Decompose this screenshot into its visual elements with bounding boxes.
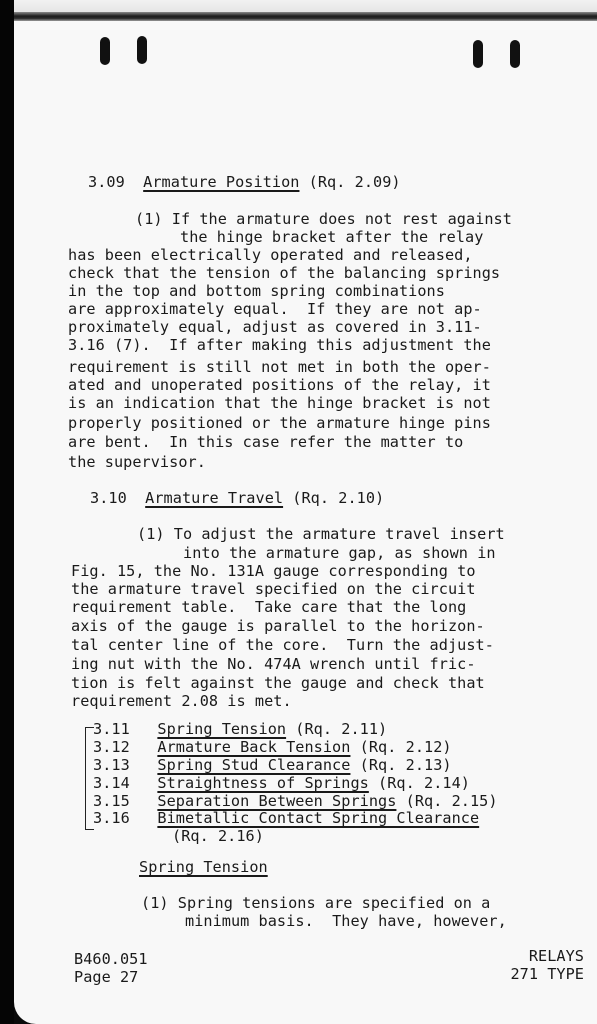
paragraph-line: 3.16 (7). If after making this adjustmen… xyxy=(68,336,491,354)
section-heading-3-10: 3.10 Armature Travel (Rq. 2.10) xyxy=(90,489,384,507)
section-title: Spring Tension xyxy=(157,720,286,738)
section-ref: (Rq. 2.12) xyxy=(360,738,452,756)
grouped-section-row: 3.12 Armature Back Tension (Rq. 2.12) xyxy=(93,738,452,756)
section-title: Armature Travel xyxy=(145,489,283,507)
section-ref: (Rq. 2.13) xyxy=(360,756,452,774)
paragraph-line: ated and unoperated positions of the rel… xyxy=(68,376,491,394)
section-title: Armature Back Tension xyxy=(157,738,350,756)
section-ref: (Rq. 2.14) xyxy=(378,774,470,792)
paragraph-line: tal center line of the core. Turn the ad… xyxy=(71,636,494,654)
section-ref: (Rq. 2.15) xyxy=(406,792,498,810)
doc-category: RELAYS xyxy=(529,947,584,965)
section-number: 3.14 xyxy=(93,774,130,792)
section-number: 3.13 xyxy=(93,756,130,774)
section-title: Bimetallic Contact Spring Clearance xyxy=(157,809,479,827)
binder-left-edge xyxy=(0,0,14,1024)
grouped-section-row: 3.16 Bimetallic Contact Spring Clearance xyxy=(93,809,479,827)
section-number: 3.11 xyxy=(93,720,130,738)
page-number: Page 27 xyxy=(74,968,138,986)
paragraph-line: proximately equal, adjust as covered in … xyxy=(68,318,482,336)
paragraph-line: (1) Spring tensions are specified on a xyxy=(141,894,490,912)
paragraph-line: axis of the gauge is parallel to the hor… xyxy=(71,617,485,635)
subsection-heading: Spring Tension xyxy=(139,858,268,876)
doc-number: B460.051 xyxy=(74,950,148,968)
grouped-section-row: 3.15 Separation Between Springs (Rq. 2.1… xyxy=(93,792,498,810)
paragraph-line: (1) To adjust the armature travel insert xyxy=(137,525,505,543)
paragraph-line: Fig. 15, the No. 131A gauge correspondin… xyxy=(71,562,476,580)
section-number: 3.15 xyxy=(93,792,130,810)
paragraph-line: (1) If the armature does not rest agains… xyxy=(135,210,512,228)
binding-hole-icon xyxy=(473,40,483,68)
paragraph-line: ing nut with the No. 474A wrench until f… xyxy=(71,655,476,673)
section-title: Separation Between Springs xyxy=(157,792,396,810)
section-ref: (Rq. 2.11) xyxy=(295,720,387,738)
paragraph-line: the armature travel specified on the cir… xyxy=(71,580,476,598)
paragraph-line: are approximately equal. If they are not… xyxy=(68,300,482,318)
grouped-section-row: 3.13 Spring Stud Clearance (Rq. 2.13) xyxy=(93,756,452,774)
paragraph-line: is an indication that the hinge bracket … xyxy=(68,394,491,412)
paragraph-line: properly positioned or the armature hing… xyxy=(68,414,491,432)
binder-top-edge xyxy=(0,12,597,21)
paragraph-line: into the armature gap, as shown in xyxy=(183,544,496,562)
paragraph-line: requirement is still not met in both the… xyxy=(68,358,491,376)
binding-hole-icon xyxy=(100,37,110,65)
section-title: Straightness of Springs xyxy=(157,774,368,792)
paragraph-line: in the top and bottom spring combination… xyxy=(68,282,445,300)
section-heading-3-09: 3.09 Armature Position (Rq. 2.09) xyxy=(88,173,401,191)
paragraph-line: requirement table. Take care that the lo… xyxy=(71,598,466,616)
section-number: 3.16 xyxy=(93,809,130,827)
grouped-section-row: 3.11 Spring Tension (Rq. 2.11) xyxy=(93,720,387,738)
document-page xyxy=(14,21,597,1024)
paragraph-line: has been electrically operated and relea… xyxy=(68,246,473,264)
grouped-section-row: 3.14 Straightness of Springs (Rq. 2.14) xyxy=(93,774,470,792)
binding-hole-icon xyxy=(137,36,147,64)
paragraph-line: minimum basis. They have, however, xyxy=(185,912,507,930)
section-number: 3.09 xyxy=(88,173,125,191)
section-ref: (Rq. 2.10) xyxy=(292,489,384,507)
section-number: 3.12 xyxy=(93,738,130,756)
doc-type: 271 TYPE xyxy=(510,965,584,983)
paragraph-line: the hinge bracket after the relay xyxy=(180,228,483,246)
paragraph-line: tion is felt against the gauge and check… xyxy=(71,674,485,692)
paragraph-line: check that the tension of the balancing … xyxy=(68,264,500,282)
section-ref: (Rq. 2.09) xyxy=(309,173,401,191)
section-title: Armature Position xyxy=(143,173,299,191)
binding-hole-icon xyxy=(510,40,520,68)
section-number: 3.10 xyxy=(90,489,127,507)
section-title: Spring Stud Clearance xyxy=(157,756,350,774)
paragraph-line: are bent. In this case refer the matter … xyxy=(68,433,463,451)
paragraph-line: the supervisor. xyxy=(68,453,206,471)
paragraph-line: requirement 2.08 is met. xyxy=(71,692,292,710)
section-ref-continued: (Rq. 2.16) xyxy=(172,827,264,845)
